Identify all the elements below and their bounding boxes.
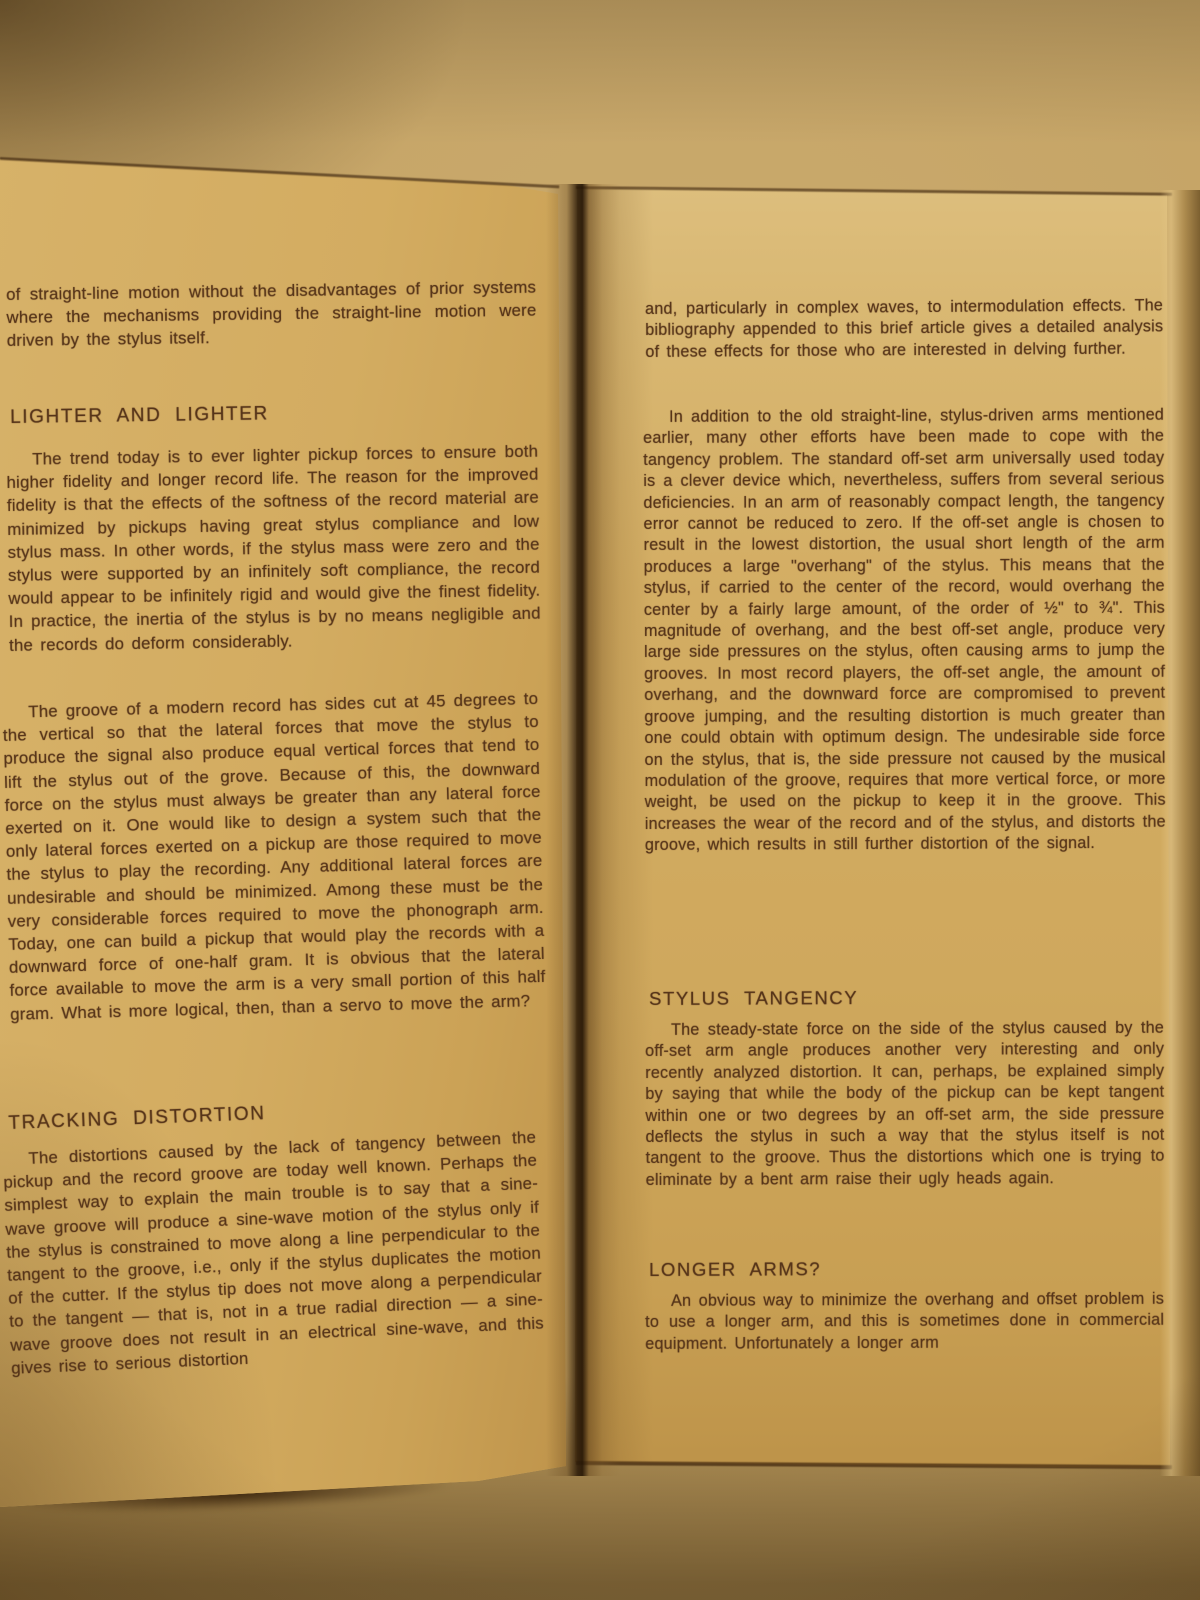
paragraph-groove-forces: The groove of a modern record has sides … [2, 687, 546, 1026]
spine-gutter-shadow [546, 184, 620, 1476]
paragraph-offset-arm: In addition to the old straight-line, st… [643, 405, 1166, 857]
paragraph-lighter-trend: The trend today is to ever lighter picku… [6, 440, 541, 657]
right-intro-paragraph: and, particularly in complex waves, to i… [645, 295, 1163, 363]
left-intro-paragraph: of straight-line motion without the disa… [6, 276, 537, 353]
section-heading-stylus-tangency: STYLUS TANGENCY [649, 987, 858, 1010]
photo-of-open-booklet: of straight-line motion without the disa… [0, 0, 1200, 1600]
paragraph-tracking-distortion: The distortions caused by the lack of ta… [2, 1126, 545, 1380]
right-fore-edge [1160, 190, 1200, 1476]
section-heading-longer-arms: LONGER ARMS? [649, 1258, 821, 1281]
paragraph-stylus-tangency: The steady-state force on the side of th… [645, 1018, 1165, 1192]
section-heading-lighter-and-lighter: LIGHTER AND LIGHTER [10, 403, 269, 429]
paragraph-longer-arms: An obvious way to minimize the overhang … [645, 1289, 1164, 1355]
